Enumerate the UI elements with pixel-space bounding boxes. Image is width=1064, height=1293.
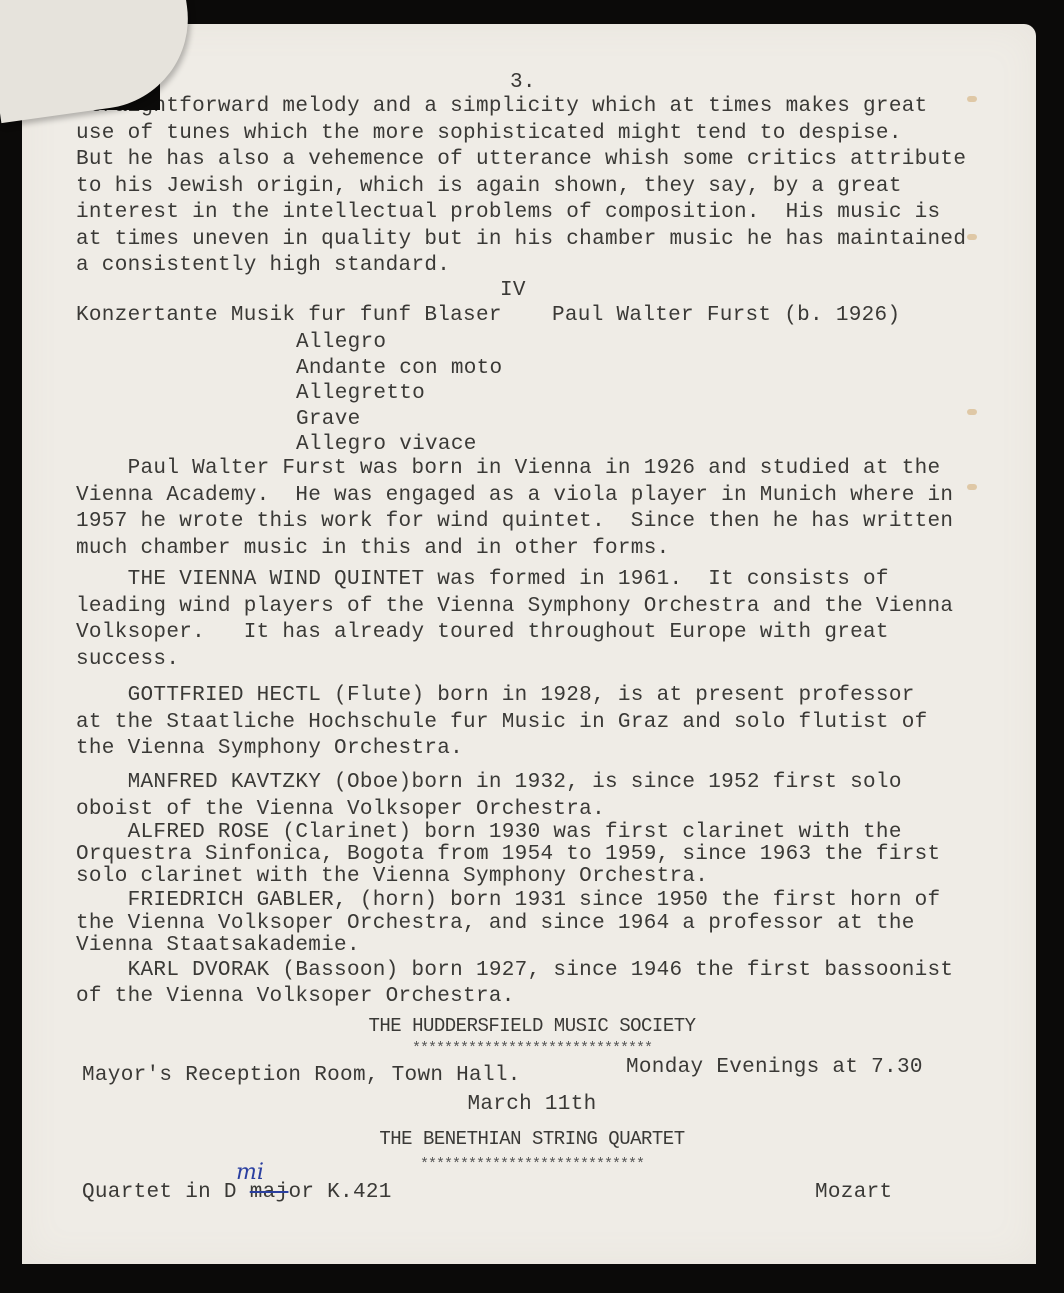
text-line: interest in the intellectual problems of… <box>76 200 940 226</box>
section-numeral: IV <box>500 278 526 304</box>
text-line: much chamber music in this and in other … <box>76 536 670 562</box>
work-title: Konzertante Musik fur funf Blaser <box>76 303 502 329</box>
program-composer: Mozart <box>815 1180 892 1206</box>
text-line: a consistently high standard. <box>76 253 450 279</box>
movement: Allegro vivace <box>296 432 477 458</box>
member-bio-line: of the Vienna Volksoper Orchestra. <box>76 984 515 1010</box>
work-composer: Paul Walter Furst (b. 1926) <box>552 303 900 329</box>
text-line: use of tunes which the more sophisticate… <box>76 121 902 147</box>
text-line: at times uneven in quality but in his ch… <box>76 227 966 253</box>
page-number: 3. <box>510 70 536 96</box>
movement: Allegro <box>296 330 386 356</box>
member-bio-line: the Vienna Symphony Orchestra. <box>76 736 463 762</box>
paper-stain <box>967 409 977 415</box>
paper-stain <box>967 484 977 490</box>
ensemble-stars: **************************** <box>0 1152 1064 1178</box>
concert-time: Monday Evenings at 7.30 <box>626 1055 923 1081</box>
text-line: Volksoper. It has already toured through… <box>76 620 889 646</box>
venue: Mayor's Reception Room, Town Hall. <box>82 1063 521 1089</box>
concert-date: March 11th <box>0 1092 1064 1118</box>
paper-stain <box>967 96 977 102</box>
movement: Grave <box>296 407 361 433</box>
member-bio-line: Vienna Staatsakademie. <box>76 933 360 959</box>
ensemble-name: THE BENETHIAN STRING QUARTET <box>0 1126 1064 1152</box>
text-line: to his Jewish origin, which is again sho… <box>76 174 902 200</box>
struck-text: maj <box>250 1181 289 1204</box>
member-bio-line: MANFRED KAVTZKY (Oboe)born in 1932, is s… <box>76 770 902 796</box>
member-bio-line: at the Staatliche Hochschule fur Music i… <box>76 710 928 736</box>
text-line: But he has also a vehemence of utterance… <box>76 147 966 173</box>
movement: Allegretto <box>296 381 425 407</box>
text-line: straightforward melody and a simplicity … <box>76 94 928 120</box>
member-bio-line: solo clarinet with the Vienna Symphony O… <box>76 864 708 890</box>
member-bio-line: oboist of the Vienna Volksoper Orchestra… <box>76 797 605 823</box>
program-prefix: Quartet in D <box>82 1181 250 1204</box>
text-line: Vienna Academy. He was engaged as a viol… <box>76 483 953 509</box>
text-line: 1957 he wrote this work for wind quintet… <box>76 509 953 535</box>
text-line: leading wind players of the Vienna Symph… <box>76 594 953 620</box>
program-item: Quartet in D major K.421 <box>82 1180 392 1206</box>
program-remaining: or K.421 <box>288 1181 391 1204</box>
movement: Andante con moto <box>296 356 502 382</box>
paper-stain <box>967 234 977 240</box>
text-line: Paul Walter Furst was born in Vienna in … <box>76 456 940 482</box>
text-line: THE VIENNA WIND QUINTET was formed in 19… <box>76 567 889 593</box>
member-bio-line: GOTTFRIED HECTL (Flute) born in 1928, is… <box>76 683 915 709</box>
member-bio-line: KARL DVORAK (Bassoon) born 1927, since 1… <box>76 958 953 984</box>
text-line: success. <box>76 647 179 673</box>
